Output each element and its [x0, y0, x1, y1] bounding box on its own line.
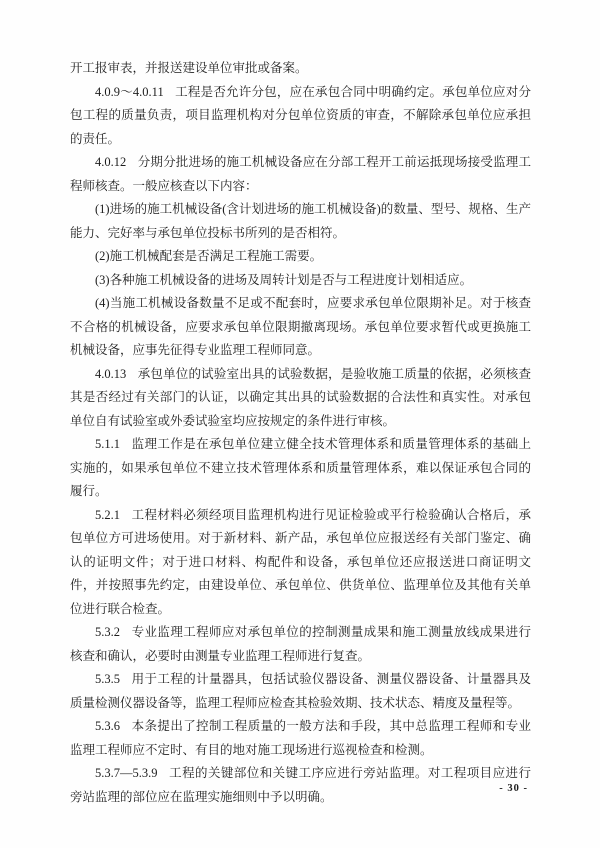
- section-number: 5.1.1: [95, 437, 120, 451]
- paragraph-text: (1)进场的施工机械设备(含计划进场的施工机械设备)的数量、型号、规格、生产能力…: [70, 202, 531, 240]
- page-content: 开工报审表，并报送建设单位审批或备案。 4.0.9～4.0.11工程是否允许分包…: [70, 57, 531, 809]
- page-number: - 30 -: [499, 783, 528, 794]
- paragraph: 5.1.1监理工作是在承包单位建立健全技术管理体系和质量管理体系的基础上实施的，…: [70, 433, 531, 504]
- paragraph-text: 监理工作是在承包单位建立健全技术管理体系和质量管理体系的基础上实施的，如果承包单…: [70, 437, 531, 498]
- section-number: 5.3.2: [95, 625, 120, 639]
- section-number: 4.0.13: [95, 367, 126, 381]
- paragraph: 开工报审表，并报送建设单位审批或备案。: [70, 57, 531, 81]
- paragraph-text: 专业监理工程师应对承包单位的控制测量成果和施工测量放线成果进行核查和确认，必要时…: [70, 625, 531, 663]
- paragraph-text: 工程材料必须经项目监理机构进行见证检验或平行检验确认合格后，承包单位方可进场使用…: [70, 508, 531, 616]
- paragraph: 4.0.9～4.0.11工程是否允许分包，应在承包合同中明确约定。承包单位应对分…: [70, 81, 531, 152]
- paragraph: 5.3.2专业监理工程师应对承包单位的控制测量成果和施工测量放线成果进行核查和确…: [70, 621, 531, 668]
- section-number: 5.2.1: [95, 508, 120, 522]
- list-item-paragraph: (1)进场的施工机械设备(含计划进场的施工机械设备)的数量、型号、规格、生产能力…: [70, 198, 531, 245]
- section-number: 4.0.12: [95, 155, 126, 169]
- paragraph-text: 开工报审表，并报送建设单位审批或备案。: [70, 61, 308, 75]
- list-item-paragraph: (3)各种施工机械设备的进场及周转计划是否与工程进度计划相适应。: [70, 269, 531, 293]
- list-item-paragraph: (4)当施工机械设备数量不足或不配套时，应要求承包单位限期补足。对于核查不合格的…: [70, 292, 531, 363]
- paragraph: 5.3.5用于工程的计量器具，包括试验仪器设备、测量仪器设备、计量器具及质量检测…: [70, 668, 531, 715]
- paragraph-text: 承包单位的试验室出具的试验数据，是验收施工质量的依据，必须核查其是否经过有关部门…: [70, 367, 531, 428]
- paragraph: 5.3.6本条提出了控制工程质量的一般方法和手段，其中总监理工程师和专业监理工程…: [70, 715, 531, 762]
- paragraph-text: 用于工程的计量器具，包括试验仪器设备、测量仪器设备、计量器具及质量检测仪器设备等…: [70, 672, 531, 710]
- paragraph: 4.0.12分期分批进场的施工机械设备应在分部工程开工前运抵现场接受监理工程师核…: [70, 151, 531, 198]
- section-number: 5.3.7—5.3.9: [95, 766, 158, 780]
- list-item-paragraph: (2)施工机械配套是否满足工程施工需要。: [70, 245, 531, 269]
- section-number: 5.3.5: [95, 672, 120, 686]
- document-page: 开工报审表，并报送建设单位审批或备案。 4.0.9～4.0.11工程是否允许分包…: [0, 0, 600, 848]
- paragraph-text: 本条提出了控制工程质量的一般方法和手段，其中总监理工程师和专业监理工程师应不定时…: [70, 719, 531, 757]
- paragraph: 5.3.7—5.3.9工程的关键部位和关键工序应进行旁站监理。对工程项目应进行旁…: [70, 762, 531, 809]
- paragraph-text: (4)当施工机械设备数量不足或不配套时，应要求承包单位限期补足。对于核查不合格的…: [70, 296, 531, 357]
- paragraph: 5.2.1工程材料必须经项目监理机构进行见证检验或平行检验确认合格后，承包单位方…: [70, 504, 531, 622]
- section-number: 4.0.9～4.0.11: [95, 85, 164, 99]
- paragraph: 4.0.13承包单位的试验室出具的试验数据，是验收施工质量的依据，必须核查其是否…: [70, 363, 531, 434]
- section-number: 5.3.6: [95, 719, 120, 733]
- paragraph-text: (3)各种施工机械设备的进场及周转计划是否与工程进度计划相适应。: [95, 273, 472, 287]
- paragraph-text: 分期分批进场的施工机械设备应在分部工程开工前运抵现场接受监理工程师核查。一般应核…: [70, 155, 531, 193]
- paragraph-text: (2)施工机械配套是否满足工程施工需要。: [95, 249, 322, 263]
